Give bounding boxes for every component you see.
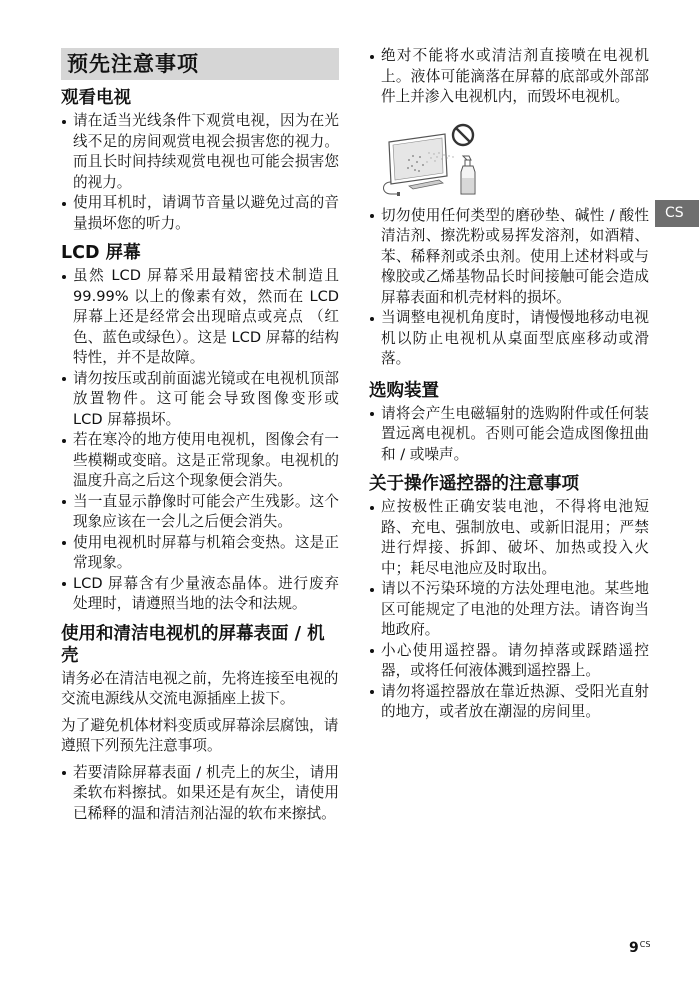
list-item: 使用耳机时，请调节音量以避免过高的音量损坏您的听力。 bbox=[61, 193, 339, 234]
list-item: 应按极性正确安装电池，不得将电池短路、充电、强制放电、或新旧混用；严禁进行焊接、… bbox=[369, 497, 649, 579]
language-side-tab: CS bbox=[655, 200, 699, 227]
page-title: 预先注意事项 bbox=[61, 48, 339, 80]
lcd-screen-list: 虽然 LCD 屏幕采用最精密技术制造且 99.99% 以上的像素有效，然而在 L… bbox=[61, 266, 339, 615]
cleaning-paragraph: 为了避免机体材料变质或屏幕涂层腐蚀，请遵照下列预先注意事项。 bbox=[61, 716, 339, 757]
right-column: 绝对不能将水或清洁剂直接喷在电视机上。液体可能滴落在屏幕的底部或外部部件上并渗入… bbox=[369, 46, 649, 723]
list-item: 绝对不能将水或清洁剂直接喷在电视机上。液体可能滴落在屏幕的底部或外部部件上并渗入… bbox=[369, 46, 649, 108]
spray-bottle-icon bbox=[461, 156, 475, 194]
optional-equipment-list: 请将会产生电磁辐射的选购附件或任何装置远离电视机。否则可能会造成图像扭曲和 / … bbox=[369, 404, 649, 466]
tv-icon bbox=[384, 134, 454, 196]
section-heading-cleaning: 使用和清洁电视机的屏幕表面 / 机壳 bbox=[61, 623, 339, 667]
list-item: 请将会产生电磁辐射的选购附件或任何装置远离电视机。否则可能会造成图像扭曲和 / … bbox=[369, 404, 649, 466]
list-item: 当一直显示静像时可能会产生残影。这个现象应该在一会儿之后便会消失。 bbox=[61, 492, 339, 533]
section-heading-optional-equipment: 选购装置 bbox=[369, 380, 649, 402]
section-heading-watching-tv: 观看电视 bbox=[61, 87, 339, 109]
list-item: 若在寒冷的地方使用电视机，图像会有一些模糊或变暗。这是正常现象。电视机的温度升高… bbox=[61, 430, 339, 492]
tv-spray-prohibited-illustration bbox=[379, 116, 489, 198]
page-number: 9CS bbox=[629, 940, 650, 956]
list-item: 请勿按压或刮前面滤光镜或在电视机顶部放置物件。这可能会导致图像变形或 LCD 屏… bbox=[61, 369, 339, 431]
list-item: 小心使用遥控器。请勿掉落或踩踏遥控器，或将任何液体溅到遥控器上。 bbox=[369, 641, 649, 682]
prohibited-icon bbox=[453, 125, 473, 145]
section-heading-remote-control: 关于操作遥控器的注意事项 bbox=[369, 473, 649, 495]
list-item: 请勿将遥控器放在靠近热源、受阳光直射的地方，或者放在潮湿的房间里。 bbox=[369, 682, 649, 723]
list-item: 请以不污染环境的方法处理电池。某些地区可能规定了电池的处理方法。请咨询当地政府。 bbox=[369, 579, 649, 641]
cleaning-list: 若要清除屏幕表面 / 机壳上的灰尘，请用柔软布料擦拭。如果还是有灰尘，请使用已稀… bbox=[61, 763, 339, 825]
watching-tv-list: 请在适当光线条件下观赏电视，因为在光线不足的房间观赏电视会损害您的视力。而且长时… bbox=[61, 111, 339, 234]
list-item: LCD 屏幕含有少量液态晶体。进行废弃处理时，请遵照当地的法令和法规。 bbox=[61, 574, 339, 615]
list-item: 当调整电视机角度时，请慢慢地移动电视机以防止电视机从桌面型底座移动或滑落。 bbox=[369, 308, 649, 370]
cleaning-list-continued: 绝对不能将水或清洁剂直接喷在电视机上。液体可能滴落在屏幕的底部或外部部件上并渗入… bbox=[369, 46, 649, 108]
list-item: 使用电视机时屏幕与机箱会变热。这是正常现象。 bbox=[61, 533, 339, 574]
remote-control-list: 应按极性正确安装电池，不得将电池短路、充电、强制放电、或新旧混用；严禁进行焊接、… bbox=[369, 497, 649, 723]
left-column: 预先注意事项 观看电视 请在适当光线条件下观赏电视，因为在光线不足的房间观赏电视… bbox=[61, 48, 339, 824]
section-heading-lcd-screen: LCD 屏幕 bbox=[61, 242, 339, 264]
list-item: 若要清除屏幕表面 / 机壳上的灰尘，请用柔软布料擦拭。如果还是有灰尘，请使用已稀… bbox=[61, 763, 339, 825]
cleaning-paragraph: 请务必在清洁电视之前，先将连接至电视的交流电源线从交流电源插座上拔下。 bbox=[61, 669, 339, 710]
list-item: 请在适当光线条件下观赏电视，因为在光线不足的房间观赏电视会损害您的视力。而且长时… bbox=[61, 111, 339, 193]
cleaning-list-continued-b: 切勿使用任何类型的磨砂垫、碱性 / 酸性清洁剂、擦洗粉或易挥发溶剂，如酒精、苯、… bbox=[369, 206, 649, 370]
list-item: 虽然 LCD 屏幕采用最精密技术制造且 99.99% 以上的像素有效，然而在 L… bbox=[61, 266, 339, 369]
list-item: 切勿使用任何类型的磨砂垫、碱性 / 酸性清洁剂、擦洗粉或易挥发溶剂，如酒精、苯、… bbox=[369, 206, 649, 309]
page-number-suffix: CS bbox=[640, 940, 651, 949]
page-number-value: 9 bbox=[629, 940, 639, 956]
